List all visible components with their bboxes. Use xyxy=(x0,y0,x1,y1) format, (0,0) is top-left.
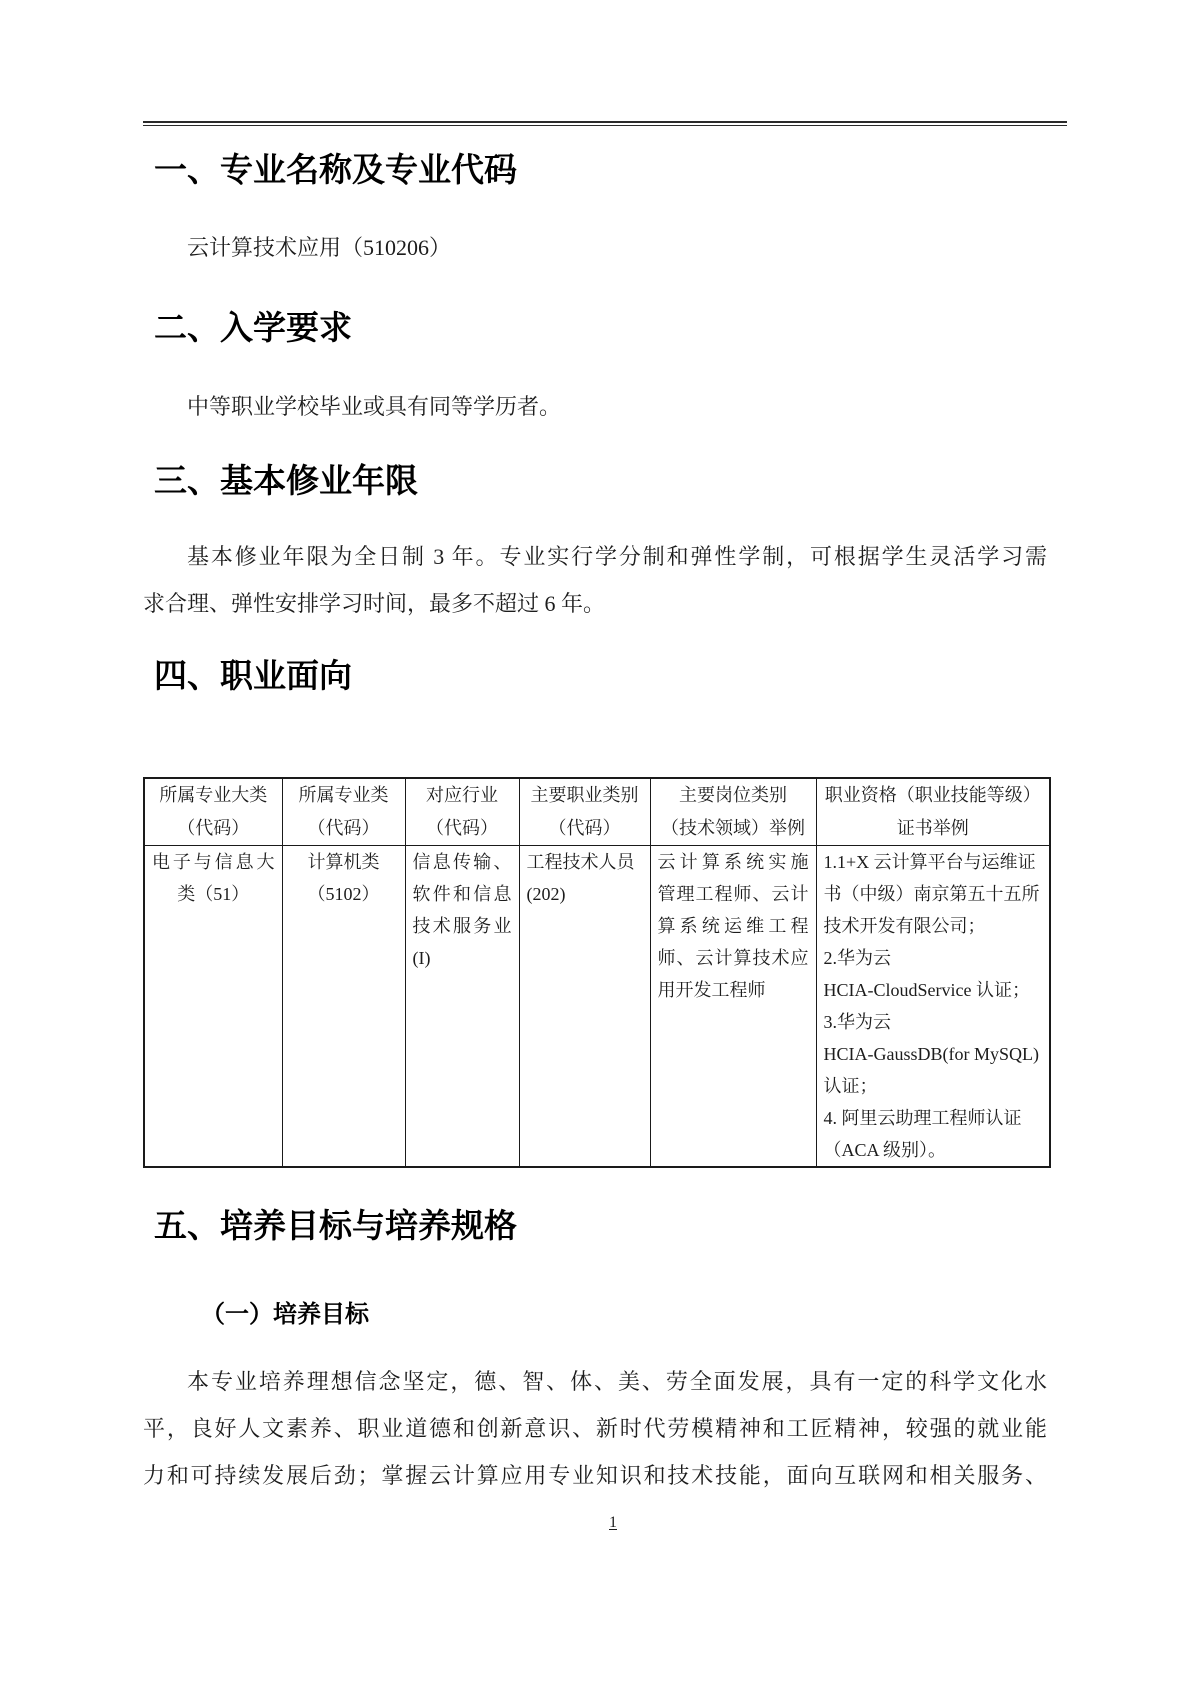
text-line: 基本修业年限为全日制 3 年。专业实行学分制和弹性学制，可根据学生灵活学习需 xyxy=(143,533,1047,580)
text-line: 管理工程师、云计 xyxy=(658,878,809,910)
section-3-paragraph: 基本修业年限为全日制 3 年。专业实行学分制和弹性学制，可根据学生灵活学习需求合… xyxy=(143,533,1047,627)
header-text-line: 主要职业类别 xyxy=(527,779,643,812)
header-text-line: 主要岗位类别 xyxy=(658,779,809,812)
header-cell-category: 所属专业类 （代码） xyxy=(282,778,405,846)
table-body: 电子与信息大类（51） 计算机类（5102） 信息传输、软件和信息技术服务业(I… xyxy=(144,846,1050,1168)
header-text-line: 所属专业类 xyxy=(290,779,398,812)
cell-major-category: 电子与信息大类（51） xyxy=(144,846,282,1168)
cell-certificates: 1.1+X 云计算平台与运维证书（中级）南京第五十五所技术开发有限公司；2.华为… xyxy=(816,846,1050,1168)
text-line: 2.华为云 xyxy=(824,942,1043,974)
text-line: 3.华为云 xyxy=(824,1006,1043,1038)
header-text-line: 所属专业大类 xyxy=(152,779,275,812)
text-line: 用开发工程师 xyxy=(658,974,809,1006)
text-line: 技术开发有限公司； xyxy=(824,910,1043,942)
section-2-body: 中等职业学校毕业或具有同等学历者。 xyxy=(187,395,1047,419)
header-cell-industry: 对应行业 （代码） xyxy=(405,778,519,846)
header-rule xyxy=(143,121,1067,126)
text-line: 本专业培养理想信念坚定，德、智、体、美、劳全面发展，具有一定的科学文化水 xyxy=(143,1358,1047,1405)
text-line: 1.1+X 云计算平台与运维证 xyxy=(824,846,1043,878)
header-text-line: （代码） xyxy=(290,812,398,845)
header-text-line: （代码） xyxy=(527,812,643,845)
section-2-heading: 二、入学要求 xyxy=(143,310,1047,346)
page-number-value: 1 xyxy=(609,1514,617,1531)
header-cell-major-category: 所属专业大类 （代码） xyxy=(144,778,282,846)
text-line: 书（中级）南京第五十五所 xyxy=(824,878,1043,910)
text-line: 软件和信息 xyxy=(413,878,512,910)
header-text-line: 证书举例 xyxy=(824,812,1043,845)
text-line: HCIA-CloudService 认证； xyxy=(824,974,1043,1006)
text-line: 师、云计算技术应 xyxy=(658,942,809,974)
table-row: 电子与信息大类（51） 计算机类（5102） 信息传输、软件和信息技术服务业(I… xyxy=(144,846,1050,1168)
table-header-row: 所属专业大类 （代码） 所属专业类 （代码） 对应行业 （代码） 主要职业类别 … xyxy=(144,778,1050,846)
section-1-heading: 一、专业名称及专业代码 xyxy=(143,152,1047,188)
text-line: HCIA-GaussDB(for MySQL) xyxy=(824,1038,1043,1070)
header-cell-job-examples: 主要岗位类别 （技术领域）举例 xyxy=(650,778,816,846)
header-text-line: （技术领域）举例 xyxy=(658,812,809,845)
text-line: 计算机类 xyxy=(290,846,398,878)
text-line: (202) xyxy=(527,878,643,910)
header-text-line: （代码） xyxy=(152,812,275,845)
document-page: 一、专业名称及专业代码 云计算技术应用（510206） 二、入学要求 中等职业学… xyxy=(0,0,1191,1684)
header-cell-occupation-class: 主要职业类别 （代码） xyxy=(519,778,650,846)
text-line: 技术服务业 xyxy=(413,910,512,942)
header-text-line: 对应行业 xyxy=(413,779,512,812)
section-3-heading: 三、基本修业年限 xyxy=(143,463,1047,499)
text-line: （ACA 级别）。 xyxy=(824,1134,1043,1166)
section-4-heading: 四、职业面向 xyxy=(143,658,1047,694)
cell-occupation-class: 工程技术人员(202) xyxy=(519,846,650,1168)
text-line: 电子与信息大 xyxy=(152,846,275,878)
header-cell-certificates: 职业资格（职业技能等级） 证书举例 xyxy=(816,778,1050,846)
section-5-sub-heading: （一）培养目标 xyxy=(201,1301,1047,1329)
text-line: 平，良好人文素养、职业道德和创新意识、新时代劳模精神和工匠精神，较强的就业能 xyxy=(143,1405,1047,1452)
text-line: 求合理、弹性安排学习时间，最多不超过 6 年。 xyxy=(143,580,1047,627)
table-header: 所属专业大类 （代码） 所属专业类 （代码） 对应行业 （代码） 主要职业类别 … xyxy=(144,778,1050,846)
text-line: 算系统运维工程 xyxy=(658,910,809,942)
section-5-heading: 五、培养目标与培养规格 xyxy=(143,1208,1047,1244)
text-line: 类（51） xyxy=(152,878,275,910)
text-line: (I) xyxy=(413,942,512,974)
cell-category: 计算机类（5102） xyxy=(282,846,405,1168)
text-line: （5102） xyxy=(290,878,398,910)
page-number: 1 xyxy=(179,1513,1047,1533)
cell-job-examples: 云计算系统实施管理工程师、云计算系统运维工程师、云计算技术应用开发工程师 xyxy=(650,846,816,1168)
text-line: 云计算系统实施 xyxy=(658,846,809,878)
text-line: 认证； xyxy=(824,1070,1043,1102)
text-line: 力和可持续发展后劲；掌握云计算应用专业知识和技术技能，面向互联网和相关服务、 xyxy=(143,1452,1047,1499)
header-text-line: （代码） xyxy=(413,812,512,845)
text-line: 工程技术人员 xyxy=(527,846,643,878)
header-text-line: 职业资格（职业技能等级） xyxy=(824,779,1043,812)
page-content: 一、专业名称及专业代码 云计算技术应用（510206） 二、入学要求 中等职业学… xyxy=(0,121,1191,1533)
text-line: 信息传输、 xyxy=(413,846,512,878)
section-1-body: 云计算技术应用（510206） xyxy=(187,236,1047,260)
section-5-paragraph: 本专业培养理想信念坚定，德、智、体、美、劳全面发展，具有一定的科学文化水平，良好… xyxy=(143,1358,1047,1499)
text-line: 4. 阿里云助理工程师认证 xyxy=(824,1102,1043,1134)
cell-industry: 信息传输、软件和信息技术服务业(I) xyxy=(405,846,519,1168)
career-orientation-table: 所属专业大类 （代码） 所属专业类 （代码） 对应行业 （代码） 主要职业类别 … xyxy=(143,777,1051,1168)
